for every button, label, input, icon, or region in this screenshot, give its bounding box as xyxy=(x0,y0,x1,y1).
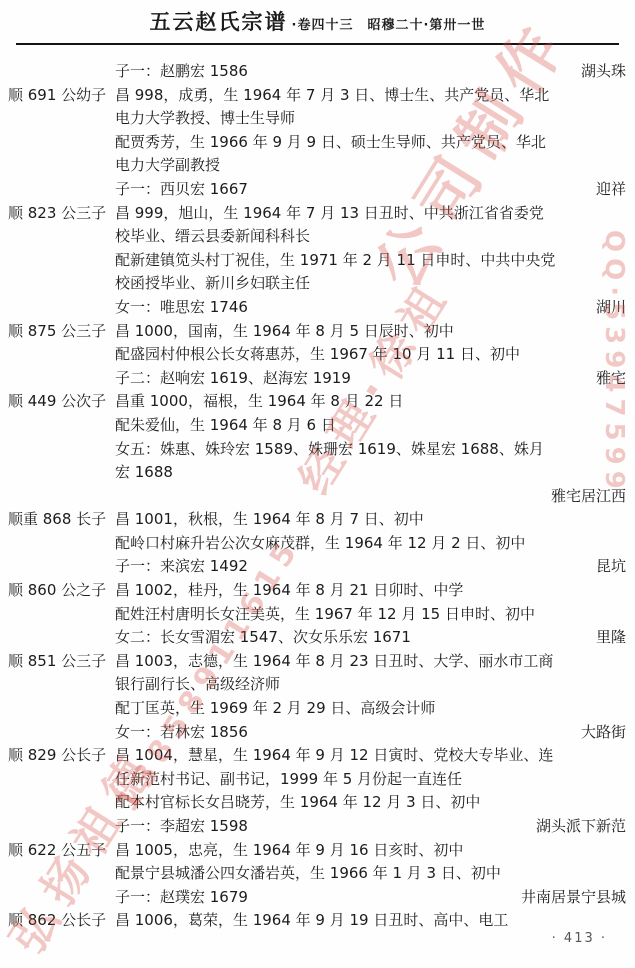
place-name: 湖川 xyxy=(590,296,626,320)
entry-text: 女一：唯思宏 1746 xyxy=(115,296,248,320)
entry-row: 女一：若林宏 1856 大路街 xyxy=(8,721,626,745)
entry-text: 子一：西贝宏 1667 xyxy=(115,178,248,202)
page-number: · 413 · xyxy=(552,931,607,946)
generation-label: 顺 449 公次子 xyxy=(8,390,115,414)
book-title: 五云赵氏宗谱 xyxy=(150,10,288,34)
entry-text: 昌 998，成勇，生 1964 年 7 月 3 日、博士生、共产党员、华北电力大… xyxy=(115,84,558,131)
entry-text: 子一：赵璞宏 1679 xyxy=(115,886,248,910)
entry-row: 女五：姝惠、姝玲宏 1589、姝珊宏 1619、姝星宏 1688、姝月宏 168… xyxy=(8,438,626,485)
entry-row: 配丁匡英，生 1969 年 2 月 29 日、高级会计师 xyxy=(8,697,626,721)
place-name: 里隆 xyxy=(590,626,626,650)
entry-row: 子一：赵鹏宏 1586 湖头珠 xyxy=(8,60,626,84)
entry-row: 配朱爱仙，生 1964 年 8 月 6 日 xyxy=(8,414,626,438)
entry-row: 顺 622 公五子 昌 1005，忠亮，生 1964 年 9 月 16 日亥时、… xyxy=(8,839,626,863)
generation-label: 顺 875 公三子 xyxy=(8,320,115,344)
entry-row: 子一：来滨宏 1492 昆坑 xyxy=(8,555,626,579)
entry-row: 顺 691 公幼子 昌 998，成勇，生 1964 年 7 月 3 日、博士生、… xyxy=(8,84,626,131)
entry-row: 顺 851 公三子 昌 1003，志德，生 1964 年 8 月 23 日丑时、… xyxy=(8,650,626,697)
entry-text: 昌 1000，国南，生 1964 年 8 月 5 日辰时、初中 xyxy=(115,320,454,344)
generation-label: 顺 829 公长子 xyxy=(8,744,115,768)
entry-text: 子一：赵鹏宏 1586 xyxy=(115,60,248,84)
entry-text: 子二：赵响宏 1619、赵海宏 1919 xyxy=(115,367,351,391)
entry-text: 配盛园村仲根公长女蒋惠苏，生 1967 年 10 月 11 日、初中 xyxy=(115,343,520,367)
place-name: 湖头派下新范 xyxy=(530,815,626,839)
page-header: 五云赵氏宗谱·卷四十三 昭穆二十·第卅一世 xyxy=(16,6,619,45)
volume-subtitle: ·卷四十三 昭穆二十·第卅一世 xyxy=(292,18,486,33)
entry-row: 子一：西贝宏 1667 迎祥 xyxy=(8,178,626,202)
entry-row: 子二：赵响宏 1619、赵海宏 1919 雅宅 xyxy=(8,367,626,391)
generation-label: 顺重 868 长子 xyxy=(8,508,115,532)
entry-text: 配岭口村麻升岩公次女麻茂群，生 1964 年 12 月 2 日、初中 xyxy=(115,532,525,556)
entry-row: 女二：长女雪湄宏 1547、次女乐乐宏 1671 里隆 xyxy=(8,626,626,650)
entry-text: 配本村官标长女吕晓芳，生 1964 年 12 月 3 日、初中 xyxy=(115,791,480,815)
entry-text: 昌 1004，慧星，生 1964 年 9 月 12 日寅时、党校大专毕业、连任新… xyxy=(115,744,558,791)
entry-row: 顺 823 公三子 昌 999，旭山，生 1964 年 7 月 13 日丑时、中… xyxy=(8,202,626,249)
generation-label: 顺 823 公三子 xyxy=(8,202,115,226)
entry-text: 昌 999，旭山，生 1964 年 7 月 13 日丑时、中共浙江省省委党校毕业… xyxy=(115,202,558,249)
generation-label: 顺 691 公幼子 xyxy=(8,84,115,108)
generation-label: 顺 860 公之子 xyxy=(8,579,115,603)
place-name: 大路街 xyxy=(575,721,626,745)
entry-text: 配丁匡英，生 1969 年 2 月 29 日、高级会计师 xyxy=(115,697,435,721)
place-name: 雅宅 xyxy=(590,367,626,391)
place-name: 湖头珠 xyxy=(575,60,626,84)
entry-row: 配贾秀芳，生 1966 年 9 月 9 日、硕士生导师、共产党员、华北电力大学副… xyxy=(8,131,626,178)
generation-label: 顺 862 公长子 xyxy=(8,909,115,933)
entry-row: 配本村官标长女吕晓芳，生 1964 年 12 月 3 日、初中 xyxy=(8,791,626,815)
entry-row: 配岭口村麻升岩公次女麻茂群，生 1964 年 12 月 2 日、初中 xyxy=(8,532,626,556)
genealogy-entries: 子一：赵鹏宏 1586 湖头珠 顺 691 公幼子 昌 998，成勇，生 196… xyxy=(0,60,635,933)
place-name: 井南居景宁县城 xyxy=(515,886,626,910)
entry-row: 子一：赵璞宏 1679 井南居景宁县城 xyxy=(8,886,626,910)
entry-row: 顺 449 公次子 昌重 1000，福根，生 1964 年 8 月 22 日 xyxy=(8,390,626,414)
entry-text: 昌 1001，秋根，生 1964 年 8 月 7 日、初中 xyxy=(115,508,424,532)
entry-text: 昌重 1000，福根，生 1964 年 8 月 22 日 xyxy=(115,390,403,414)
entry-row: 雅宅居江西 xyxy=(8,485,626,509)
entry-row: 顺重 868 长子 昌 1001，秋根，生 1964 年 8 月 7 日、初中 xyxy=(8,508,626,532)
entry-row: 顺 860 公之子 昌 1002，桂丹，生 1964 年 8 月 21 日卯时、… xyxy=(8,579,626,603)
entry-row: 配景宁县城潘公四女潘岩英，生 1966 年 1 月 3 日、初中 xyxy=(8,862,626,886)
entry-text: 子一：来滨宏 1492 xyxy=(115,555,248,579)
entry-text: 昌 1002，桂丹，生 1964 年 8 月 21 日卯时、中学 xyxy=(115,579,463,603)
entry-text: 子一：李超宏 1598 xyxy=(115,815,248,839)
entry-row: 顺 875 公三子 昌 1000，国南，生 1964 年 8 月 5 日辰时、初… xyxy=(8,320,626,344)
place-name: 雅宅居江西 xyxy=(545,485,626,509)
entry-text: 昌 1005，忠亮，生 1964 年 9 月 16 日亥时、初中 xyxy=(115,839,463,863)
entry-text: 配新建镇笕头村丁祝佳，生 1971 年 2 月 11 日申时、中共中央党校函授毕… xyxy=(115,249,558,296)
entry-row: 配姓汪村唐明长女汪美英，生 1967 年 12 月 15 日申时、初中 xyxy=(8,603,626,627)
entry-text: 昌 1006，葛荣，生 1964 年 9 月 19 日丑时、高中、电工 xyxy=(115,909,508,933)
entry-text: 配朱爱仙，生 1964 年 8 月 6 日 xyxy=(115,414,336,438)
generation-label: 顺 851 公三子 xyxy=(8,650,115,674)
entry-row: 子一：李超宏 1598 湖头派下新范 xyxy=(8,815,626,839)
entry-text: 女五：姝惠、姝玲宏 1589、姝珊宏 1619、姝星宏 1688、姝月宏 168… xyxy=(115,438,558,485)
entry-text: 配姓汪村唐明长女汪美英，生 1967 年 12 月 15 日申时、初中 xyxy=(115,603,535,627)
entry-row: 女一：唯思宏 1746 湖川 xyxy=(8,296,626,320)
place-name: 昆坑 xyxy=(590,555,626,579)
entry-text: 配贾秀芳，生 1966 年 9 月 9 日、硕士生导师、共产党员、华北电力大学副… xyxy=(115,131,558,178)
genealogy-page: 公司制作 经理·徐祖 QQ·53947599 13858911615 弘扬祖德 … xyxy=(0,0,635,968)
entry-text: 女一：若林宏 1856 xyxy=(115,721,248,745)
entry-row: 顺 862 公长子 昌 1006，葛荣，生 1964 年 9 月 19 日丑时、… xyxy=(8,909,626,933)
entry-text: 女二：长女雪湄宏 1547、次女乐乐宏 1671 xyxy=(115,626,411,650)
entry-text: 昌 1003，志德，生 1964 年 8 月 23 日丑时、大学、丽水市工商银行… xyxy=(115,650,558,697)
entry-row: 配盛园村仲根公长女蒋惠苏，生 1967 年 10 月 11 日、初中 xyxy=(8,343,626,367)
place-name: 迎祥 xyxy=(590,178,626,202)
generation-label: 顺 622 公五子 xyxy=(8,839,115,863)
entry-row: 顺 829 公长子 昌 1004，慧星，生 1964 年 9 月 12 日寅时、… xyxy=(8,744,626,791)
entry-row: 配新建镇笕头村丁祝佳，生 1971 年 2 月 11 日申时、中共中央党校函授毕… xyxy=(8,249,626,296)
entry-text: 配景宁县城潘公四女潘岩英，生 1966 年 1 月 3 日、初中 xyxy=(115,862,501,886)
